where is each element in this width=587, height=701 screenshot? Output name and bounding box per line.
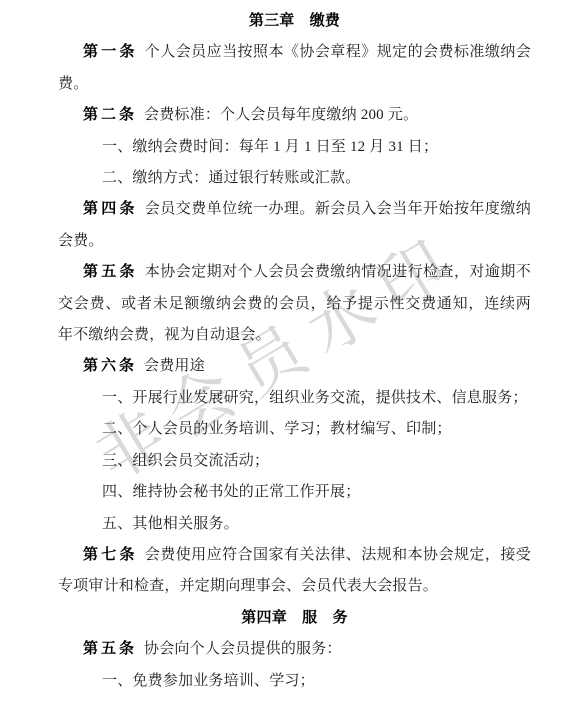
list-item: 二、缴纳方式：通过银行转账或汇款。: [58, 163, 531, 194]
list-item: 一、免费参加业务培训、学习；: [58, 666, 531, 697]
list-item: 一、缴纳会费时间：每年 1 月 1 日至 12 月 31 日；: [58, 132, 531, 163]
article-line: 第二条会费标准：个人会员每年度缴纳 200 元。: [58, 100, 531, 131]
article-text: 会员交费单位统一办理。新会员入会当年开始按年度缴纳: [145, 201, 531, 217]
article-text: 个人会员应当按照本《协会章程》规定的会费标准缴纳会: [145, 44, 531, 60]
list-item: 一、开展行业发展研究，组织业务交流，提供技术、信息服务；: [58, 383, 531, 414]
article-label: 第五条: [83, 641, 137, 657]
article-text: 会费用途: [144, 358, 205, 374]
chapter-heading: 第三章 缴费: [58, 6, 531, 37]
article-line: 第一条个人会员应当按照本《协会章程》规定的会费标准缴纳会: [58, 37, 531, 68]
chapter-heading: 第四章 服 务: [58, 603, 531, 634]
list-item: 四、维持协会秘书处的正常工作开展；: [58, 477, 531, 508]
article-line: 年不缴纳会费，视为自动退会。: [58, 320, 531, 351]
article-label: 第七条: [83, 547, 138, 563]
article-line: 费。: [58, 69, 531, 100]
list-item: 二、个人会员的业务培训、学习；教材编写、印制；: [58, 414, 531, 445]
article-label: 第四条: [83, 201, 138, 217]
article-line: 交会费、或者未足额缴纳会费的会员，给予提示性交费通知，连续两: [58, 289, 531, 320]
article-line: 第七条会费使用应符合国家有关法律、法规和本协会规定，接受: [58, 540, 531, 571]
list-item: 三、组织会员交流活动；: [58, 446, 531, 477]
article-text: 会费标准：个人会员每年度缴纳 200 元。: [144, 107, 418, 123]
document-page: 非会员水印 第三章 缴费第一条个人会员应当按照本《协会章程》规定的会费标准缴纳会…: [0, 0, 587, 701]
article-text: 协会向个人会员提供的服务：: [144, 641, 342, 657]
article-label: 第一条: [83, 44, 138, 60]
document-content: 第三章 缴费第一条个人会员应当按照本《协会章程》规定的会费标准缴纳会费。第二条会…: [0, 0, 587, 701]
article-label: 第五条: [83, 264, 138, 280]
list-item: 五、其他相关服务。: [58, 509, 531, 540]
article-label: 第六条: [83, 358, 137, 374]
article-text: 会费使用应符合国家有关法律、法规和本协会规定，接受: [145, 547, 531, 563]
article-line: 第五条协会向个人会员提供的服务：: [58, 634, 531, 665]
article-line: 第四条会员交费单位统一办理。新会员入会当年开始按年度缴纳: [58, 194, 531, 225]
article-line: 专项审计和检查，并定期向理事会、会员代表大会报告。: [58, 571, 531, 602]
article-line: 第六条会费用途: [58, 351, 531, 382]
article-line: 会费。: [58, 226, 531, 257]
article-line: 第五条本协会定期对个人会员会费缴纳情况进行检查，对逾期不: [58, 257, 531, 288]
article-text: 本协会定期对个人会员会费缴纳情况进行检查，对逾期不: [145, 264, 531, 280]
article-label: 第二条: [83, 107, 137, 123]
